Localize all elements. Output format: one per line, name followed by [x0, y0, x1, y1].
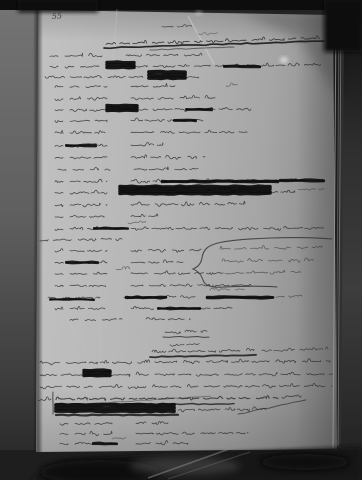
scribble-blob — [84, 375, 110, 376]
scribble-blob — [120, 186, 270, 187]
manuscript-photo: 55 — [0, 0, 362, 480]
scribble-blob — [107, 67, 134, 68]
strikethrough-mark — [93, 444, 117, 445]
scribble-blob — [120, 193, 270, 194]
strikethrough-mark — [224, 67, 260, 68]
scribble-blob — [120, 191, 270, 192]
spine-shadow — [33, 8, 43, 452]
strikethrough-mark — [207, 297, 273, 298]
page-number: 55 — [52, 11, 63, 21]
scribble-blob — [56, 405, 174, 406]
page-canvas: 55 — [0, 0, 362, 480]
strikethrough-mark — [280, 181, 324, 182]
scribble-blob — [107, 105, 137, 106]
scribble-blob — [107, 110, 137, 111]
blotch-artifact — [196, 11, 202, 15]
strikethrough-mark — [126, 297, 166, 298]
strikethrough-mark — [66, 146, 96, 147]
bottom-light-blob — [130, 457, 240, 475]
top-right-blob — [324, 0, 362, 52]
scribble-blob — [149, 78, 185, 79]
strikethrough-mark — [162, 182, 278, 183]
scribble-blob — [56, 408, 174, 409]
scribble-blob — [107, 62, 134, 63]
bottom-dark-blob — [260, 454, 350, 470]
blotch-artifact — [280, 57, 288, 63]
scribble-blob — [149, 75, 185, 76]
strikethrough-mark — [50, 299, 94, 300]
scribble-blob — [149, 72, 185, 73]
strikethrough-mark — [158, 309, 200, 310]
scribble-blob — [107, 65, 134, 66]
scribble-blob — [56, 411, 174, 412]
strikethrough-mark — [66, 263, 98, 264]
scribble-blob — [107, 108, 137, 109]
scribble-blob — [84, 370, 110, 371]
underline-rule — [56, 415, 178, 416]
top-left-blob — [18, 0, 98, 12]
scribble-blob — [84, 373, 110, 374]
strikethrough-mark — [174, 121, 196, 122]
